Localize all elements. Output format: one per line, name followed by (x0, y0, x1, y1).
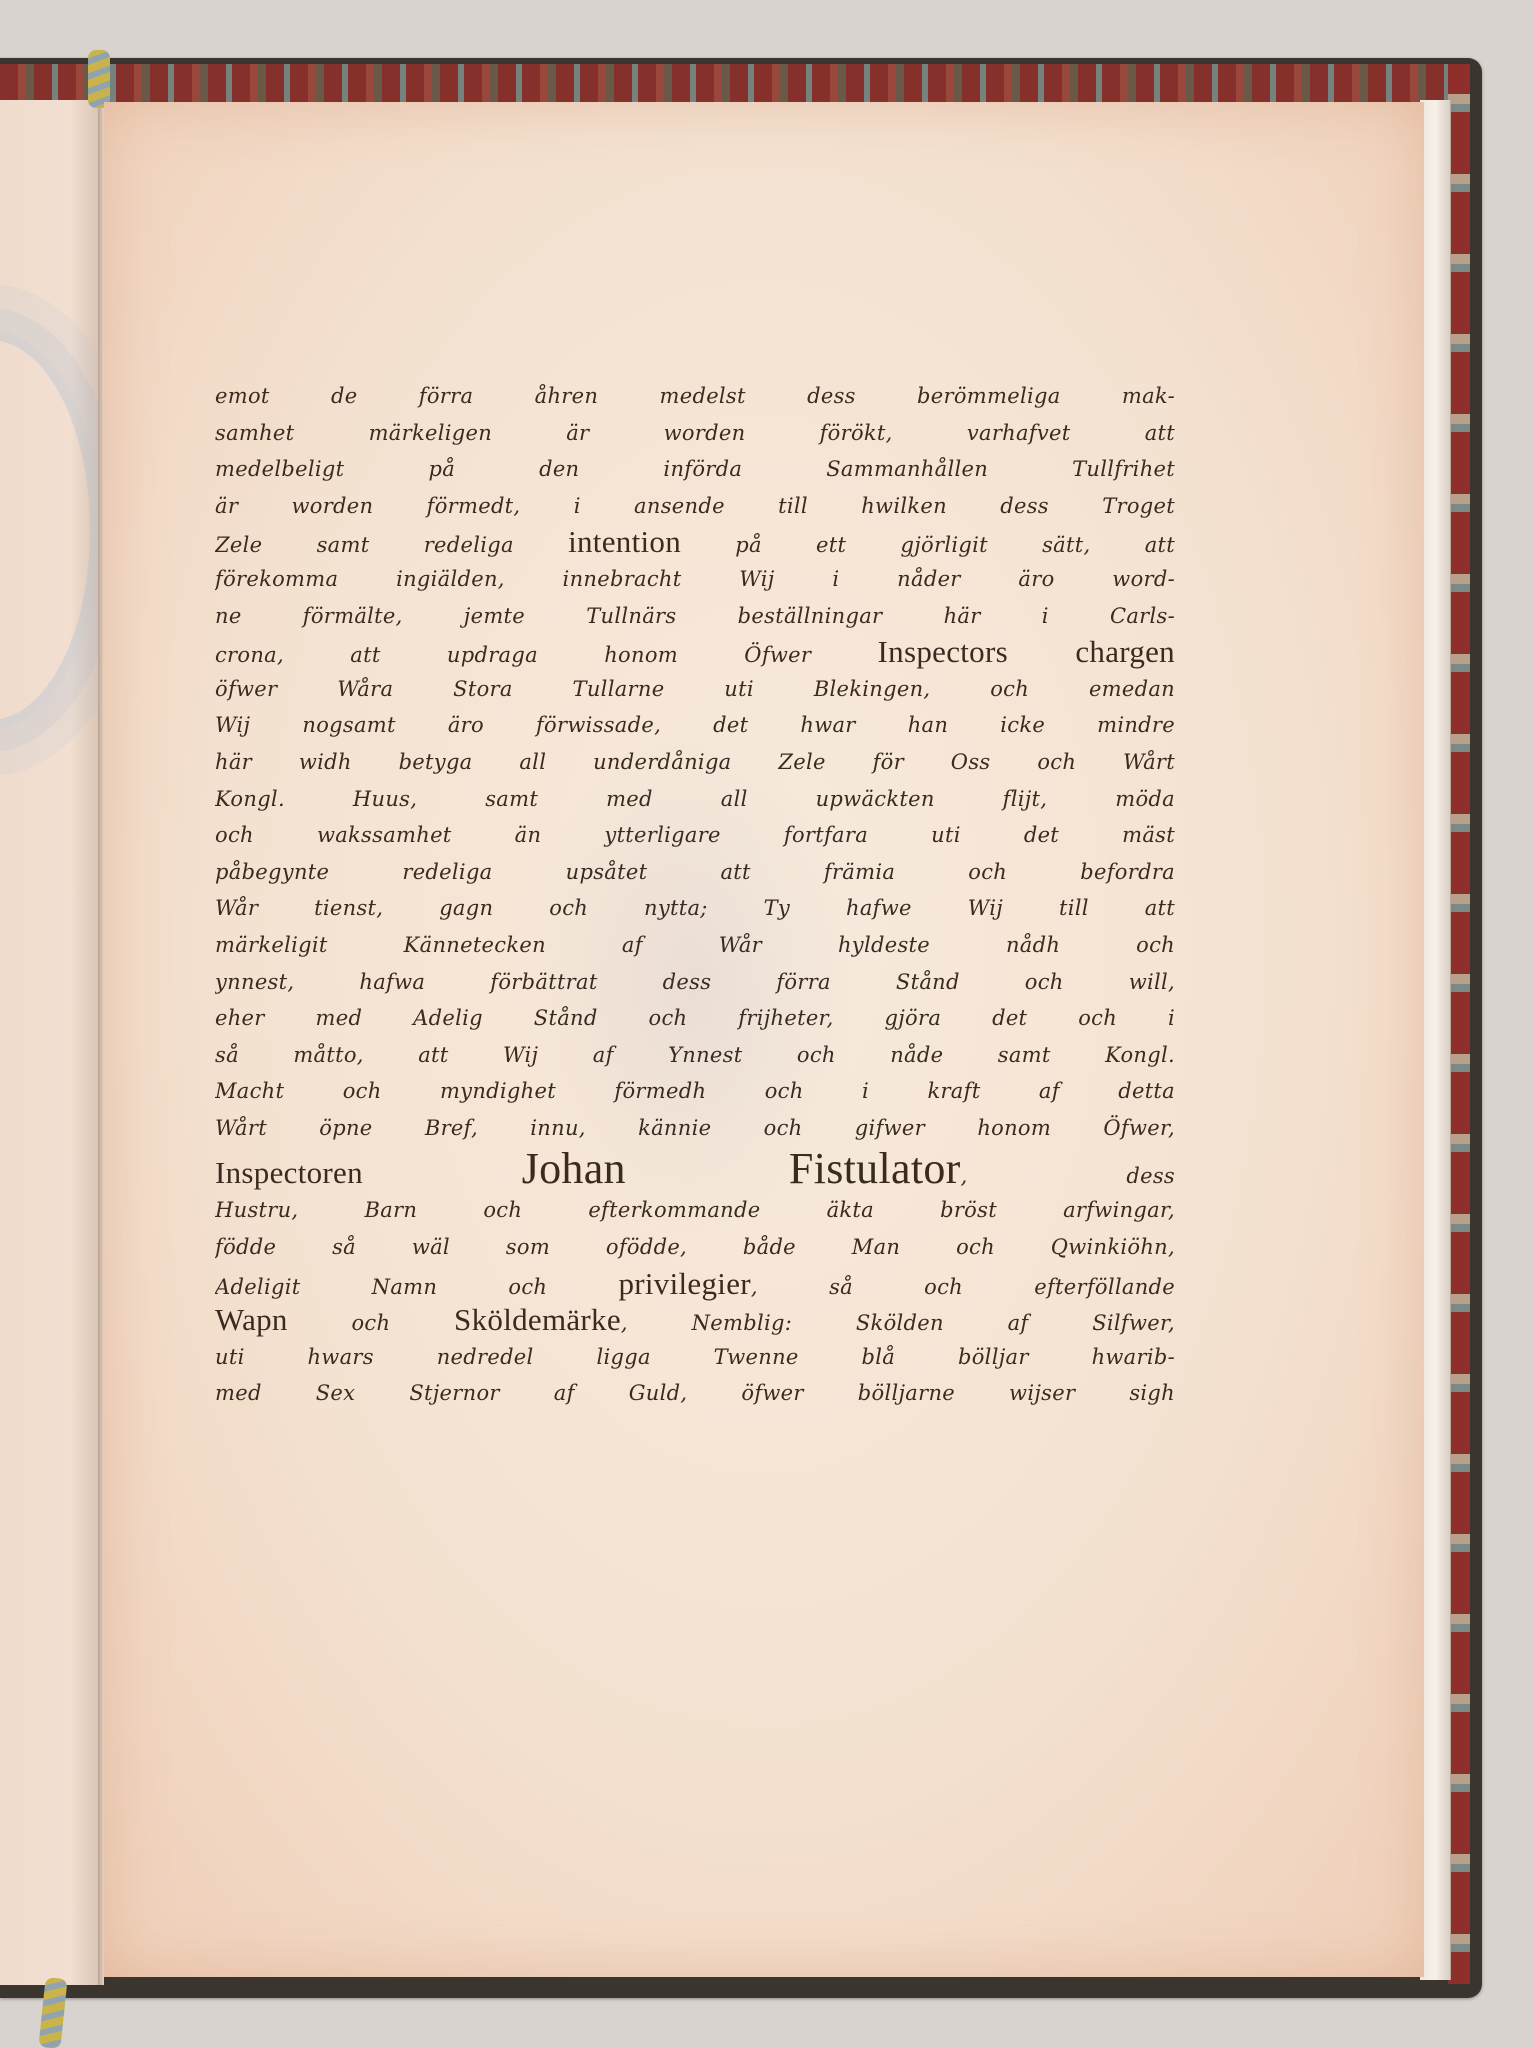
text-line: Hustru, Barn och efterkommande äkta brös… (215, 1192, 1175, 1229)
text-line: Wij nogsamt äro förwissade, det hwar han… (215, 707, 1175, 744)
latin-word: privilegier (618, 1266, 750, 1301)
text-line: Wårt öpne Bref, innu, kännie och gifwer … (215, 1110, 1175, 1147)
text-line: öfwer Wåra Stora Tullarne uti Blekingen,… (215, 671, 1175, 708)
text-segment: och (288, 1311, 454, 1335)
text-line: eher med Adelig Stånd och frijheter, gjö… (215, 1000, 1175, 1037)
text-line: uti hwars nedredel ligga Twenne blå böll… (215, 1339, 1175, 1376)
heading-word-wapn: Wapn (215, 1302, 288, 1337)
text-segment: Adeligit Namn och (215, 1275, 618, 1299)
text-line: födde så wäl som ofödde, både Man och Qw… (215, 1229, 1175, 1266)
text-segment: crona, att updraga honom Öfwer (215, 643, 878, 667)
text-line: Adeligit Namn och privilegier, så och ef… (215, 1266, 1175, 1303)
left-page-bleed-through-swirl (0, 330, 100, 730)
text-segment: Zele samt redeliga (215, 533, 568, 557)
heading-word-skoldemarke: Sköldemärke (454, 1302, 621, 1337)
text-line: emot de förra åhren medelst dess berömme… (215, 378, 1175, 415)
text-line: märkeligit Kännetecken af Wår hyldeste n… (215, 927, 1175, 964)
text-line: ne förmälte, jemte Tullnärs beställninga… (215, 598, 1175, 635)
text-segment: , så och efterföllande (751, 1275, 1175, 1299)
text-segment: på ett gjörligit sätt, att (681, 533, 1175, 557)
text-line: Wapn och Sköldemärke, Nemblig: Skölden a… (215, 1302, 1175, 1339)
grantee-name-line: Inspectoren Johan Fistulator, dess (215, 1146, 1175, 1192)
text-line: medelbeligt på den införda Sammanhållen … (215, 451, 1175, 488)
marbled-endpaper-top (0, 64, 1468, 104)
text-line: är worden förmedt, i ansende till hwilke… (215, 488, 1175, 525)
text-line: Kongl. Huus, samt med all upwäckten flij… (215, 781, 1175, 818)
text-line: påbegynte redeliga upsåtet att främia oc… (215, 854, 1175, 891)
latin-word: Inspectors chargen (878, 634, 1175, 669)
text-line: så måtto, att Wij af Ynnest och nåde sam… (215, 1037, 1175, 1074)
page-stack-edge (1420, 100, 1451, 1980)
bookmark-ribbon-top (88, 50, 110, 108)
text-segment: , Nemblig: Skölden af Silfwer, (621, 1311, 1175, 1335)
text-segment: , dess (961, 1164, 1175, 1188)
text-line: ynnest, hafwa förbättrat dess förra Stån… (215, 964, 1175, 1001)
text-line: här widh betyga all underdåniga Zele för… (215, 744, 1175, 781)
left-page (0, 100, 100, 1985)
title-prefix: Inspectoren (215, 1155, 363, 1190)
manuscript-text: emot de förra åhren medelst dess berömme… (215, 378, 1175, 1412)
text-line: och wakssamhet än ytterligare fortfara u… (215, 817, 1175, 854)
text-line: förekomma ingiälden, innebracht Wij i nå… (215, 561, 1175, 598)
marbled-endpaper-right (1448, 64, 1470, 1984)
text-line: samhet märkeligen är worden förökt, varh… (215, 415, 1175, 452)
grantee-name: Johan Fistulator (522, 1146, 961, 1192)
text-line: Macht och myndighet förmedh och i kraft … (215, 1073, 1175, 1110)
text-line: crona, att updraga honom Öfwer Inspector… (215, 634, 1175, 671)
text-line: med Sex Stjernor af Guld, öfwer bölljarn… (215, 1375, 1175, 1412)
text-line: Zele samt redeliga intention på ett gjör… (215, 524, 1175, 561)
text-line: Wår tienst, gagn och nytta; Ty hafwe Wij… (215, 890, 1175, 927)
latin-word: intention (568, 524, 681, 559)
